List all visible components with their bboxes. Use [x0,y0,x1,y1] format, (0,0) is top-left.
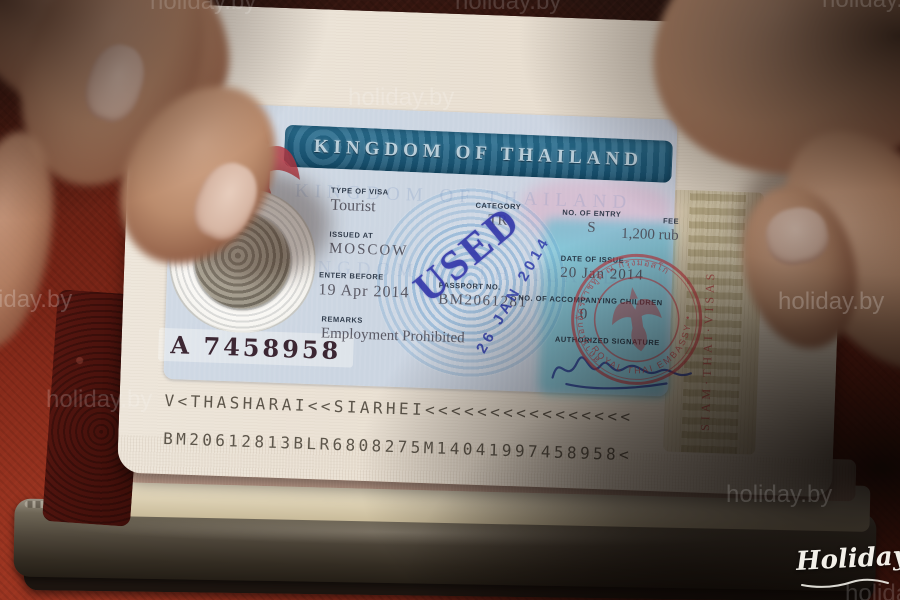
field-label: TYPE OF VISA [331,186,389,197]
field-fee: FEE 1,200 rub [592,214,679,245]
field-label: FEE [663,216,679,226]
watermark: holiday.by [455,0,561,16]
watermark: holiday.by [778,288,884,316]
logo-underline-flourish [800,576,892,590]
watermark: holiday.by [822,0,900,14]
visa-header-title: KINGDOM OF THAILAND [313,136,643,172]
watermark: holiday.by [46,386,152,414]
field-value: Tourist [330,197,388,217]
field-value: MOSCOW [329,241,409,261]
field-issued-at: ISSUED AT MOSCOW [329,230,409,261]
watermark: holiday.by [726,481,832,509]
embassy-stamp: สถานเอกอัครราชทูต ณ กรุงมอสโก • ROYAL TH… [554,237,719,402]
watermark: holiday.by [0,286,72,314]
field-label: ENTER BEFORE [319,270,410,282]
visa-header-band: KINGDOM OF THAILAND [284,125,673,183]
watermark: holiday.by [348,84,454,112]
field-type-of-visa: TYPE OF VISA Tourist [330,186,389,217]
field-label: ISSUED AT [329,230,409,242]
field-remarks: REMARKS Employment Prohibited [321,314,466,347]
photo-scene: < << < << << < << < << < SIAM·THAI·VISAS… [0,0,900,600]
watermark: holiday.by [150,0,256,16]
